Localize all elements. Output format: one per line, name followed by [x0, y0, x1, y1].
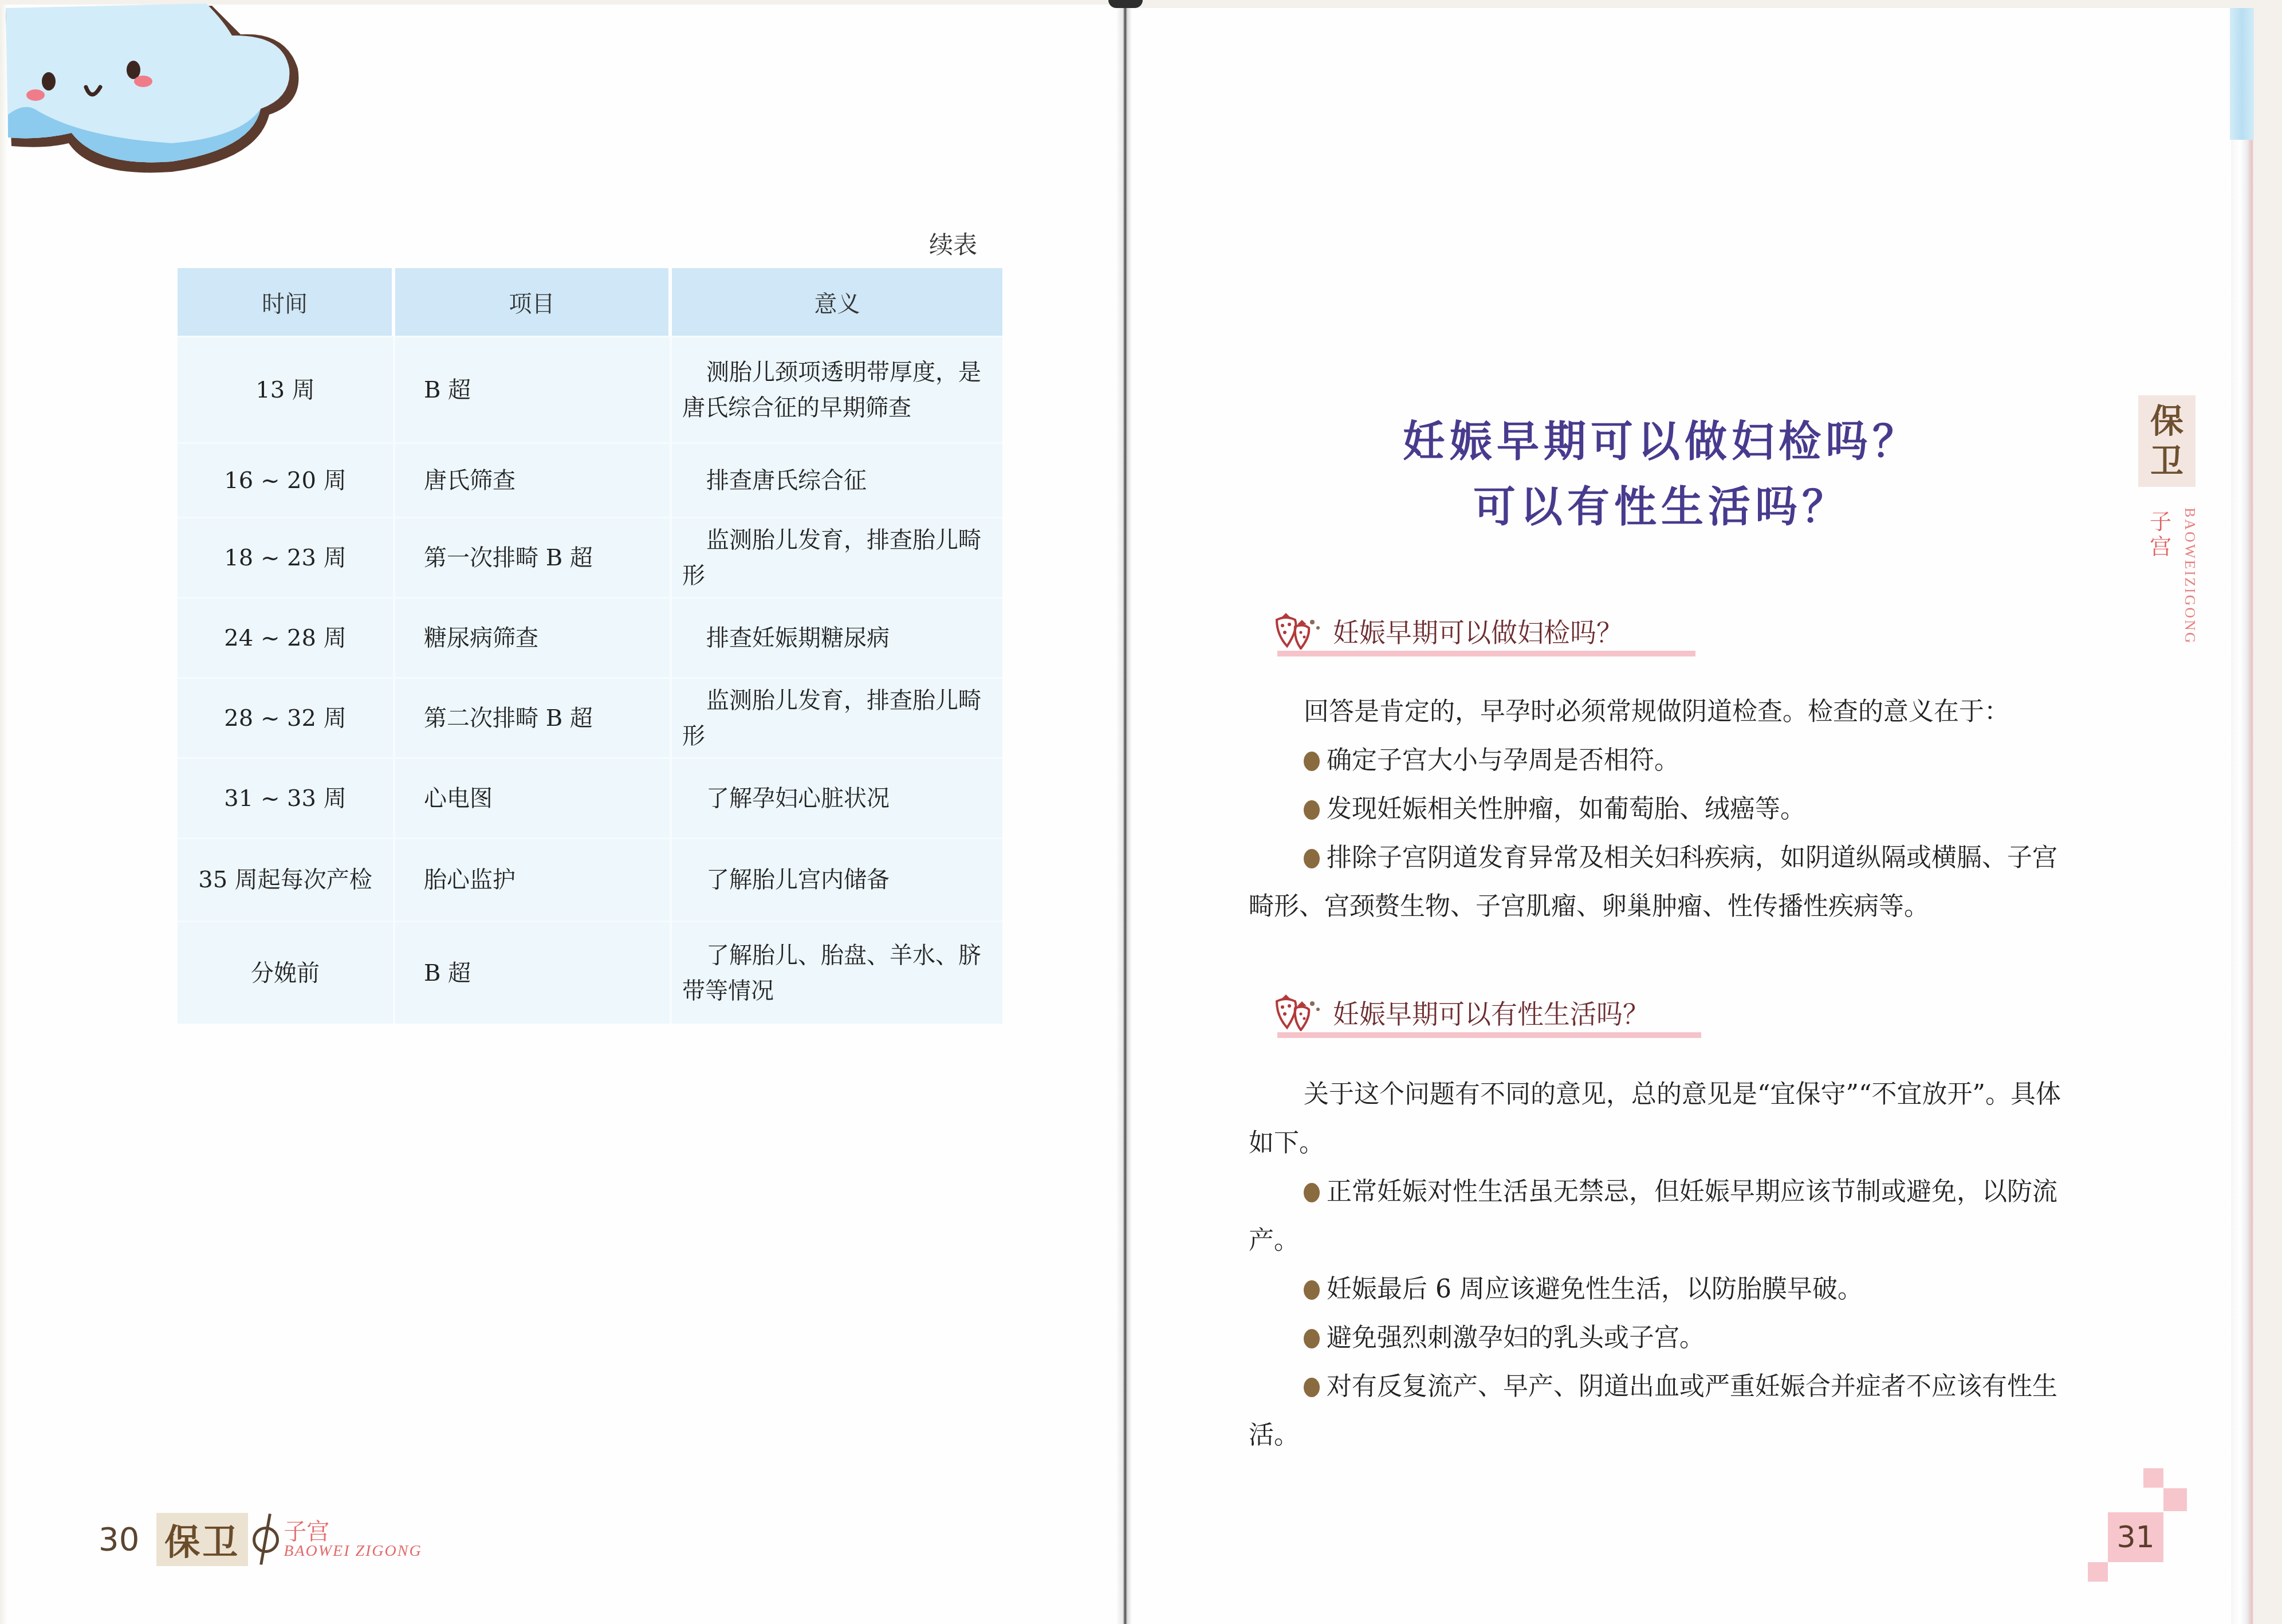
- cell-item: 胎心监护: [395, 837, 672, 921]
- cell-time: 31 ~ 33 周: [178, 757, 395, 837]
- cell-meaning: 排查妊娠期糖尿病: [672, 597, 1002, 677]
- bullet-dot-icon: [1304, 1280, 1320, 1300]
- column-header-meaning: 意义: [672, 268, 1002, 336]
- strawberry-icon: [1274, 612, 1326, 650]
- pixel-decoration: [2163, 1488, 2187, 1511]
- right-page-edge: [2231, 8, 2254, 1624]
- cell-time: 28 ~ 32 周: [178, 677, 395, 757]
- section2-body: 关于这个问题有不同的意见，总的意见是“宜保守”“不宜放开”。具体如下。 正常妊娠…: [1249, 1070, 2079, 1460]
- cloud-mascot-icon: [0, 0, 321, 183]
- logo-ring-icon: [253, 1527, 279, 1553]
- page-title-line2: 可以有性生活吗？: [1283, 473, 2039, 534]
- cell-item: 糖尿病筛查: [395, 597, 672, 677]
- cell-item: 第一次排畸 B 超: [395, 517, 672, 597]
- bullet-dot-icon: [1304, 1378, 1320, 1397]
- section1-body: 回答是肯定的，早孕时必须常规做阴道检查。检查的意义在于： 确定子宫大小与孕周是否…: [1249, 687, 2079, 931]
- cell-meaning: 排查唐氏综合征: [672, 442, 1002, 517]
- bullet-text: 妊娠最后 6 周应该避免性生活，以防胎膜早破。: [1327, 1275, 1863, 1304]
- bullet-text: 发现妊娠相关性肿瘤，如葡萄胎、绒癌等。: [1327, 795, 1805, 824]
- cell-item: B 超: [395, 921, 672, 1024]
- book-logo-subtitle: 子宫 BAOWEI ZIGONG: [284, 1520, 422, 1559]
- table-row: 13 周 B 超 测胎儿颈项透明带厚度，是唐氏综合征的早期筛查: [178, 336, 1002, 442]
- bullet-text: 排除子宫阴道发育异常及相关妇科疾病，如阴道纵隔或横膈、子宫畸形、宫颈赘生物、子宫…: [1249, 843, 2057, 921]
- cell-time: 分娩前: [178, 921, 395, 1024]
- cell-time: 35 周起每次产检: [178, 837, 395, 921]
- section1-heading: 妊娠早期可以做妇检吗？: [1274, 612, 1623, 650]
- table-row: 分娩前 B 超 了解胎儿、胎盘、羊水、脐带等情况: [178, 921, 1002, 1024]
- side-tab-zh: 子宫: [2150, 509, 2173, 559]
- section2-underline: [1277, 1032, 1701, 1038]
- section1-heading-text: 妊娠早期可以做妇检吗？: [1333, 612, 1623, 650]
- bullet-text: 确定子宫大小与孕周是否相符。: [1327, 746, 1679, 775]
- table-row: 24 ~ 28 周 糖尿病筛查 排查妊娠期糖尿病: [178, 597, 1002, 677]
- side-tab-char: 保: [2150, 401, 2183, 441]
- page-number-left: 30: [99, 1521, 139, 1558]
- bullet-text: 正常妊娠对性生活虽无禁忌，但妊娠早期应该节制或避免，以防流产。: [1249, 1177, 2057, 1255]
- column-header-item: 项目: [395, 268, 672, 336]
- cell-time: 18 ~ 23 周: [178, 517, 395, 597]
- cell-meaning: 测胎儿颈项透明带厚度，是唐氏综合征的早期筛查: [672, 336, 1002, 442]
- cell-meaning: 监测胎儿发育，排查胎儿畸形: [672, 677, 1002, 757]
- table-row: 35 周起每次产检 胎心监护 了解胎儿宫内储备: [178, 837, 1002, 921]
- cell-time: 13 周: [178, 336, 395, 442]
- cell-meaning: 了解孕妇心脏状况: [672, 757, 1002, 837]
- section2-heading-text: 妊娠早期可以有性生活吗？: [1333, 993, 1649, 1031]
- list-item: 对有反复流产、早产、阴道出血或严重妊娠合并症者不应该有性生活。: [1249, 1362, 2079, 1460]
- left-page-footer: 30 保卫 子宫 BAOWEI ZIGONG: [99, 1512, 422, 1567]
- left-page-edge: [0, 5, 8, 1624]
- section1-intro: 回答是肯定的，早孕时必须常规做阴道检查。检查的意义在于：: [1249, 687, 2079, 736]
- page-number-right: 31: [2108, 1512, 2163, 1562]
- section2-heading: 妊娠早期可以有性生活吗？: [1274, 993, 1649, 1031]
- bullet-dot-icon: [1304, 849, 1320, 868]
- section1-underline: [1277, 651, 1695, 656]
- bullet-dot-icon: [1304, 800, 1320, 820]
- column-header-time: 时间: [178, 268, 395, 336]
- strawberry-icon: [1274, 993, 1326, 1031]
- prenatal-schedule-table: 时间 项目 意义 13 周 B 超 测胎儿颈项透明带厚度，是唐氏综合征的早期筛查…: [178, 268, 1002, 1024]
- bullet-dot-icon: [1304, 1183, 1320, 1202]
- list-item: 妊娠最后 6 周应该避免性生活，以防胎膜早破。: [1249, 1265, 2079, 1314]
- book-gutter: [1117, 0, 1132, 1624]
- logo-zh-text: 子宫: [284, 1520, 422, 1543]
- list-item: 正常妊娠对性生活虽无禁忌，但妊娠早期应该节制或避免，以防流产。: [1249, 1167, 2079, 1265]
- side-tab-char: 卫: [2150, 441, 2183, 481]
- bullet-dot-icon: [1304, 1329, 1320, 1348]
- side-tab-box: 保 卫: [2138, 395, 2196, 487]
- section2-intro: 关于这个问题有不同的意见，总的意见是“宜保守”“不宜放开”。具体如下。: [1249, 1070, 2079, 1167]
- cell-item: 第二次排畸 B 超: [395, 677, 672, 757]
- cell-item: B 超: [395, 336, 672, 442]
- cell-time: 24 ~ 28 周: [178, 597, 395, 677]
- chapter-side-tab: 保 卫: [2138, 395, 2236, 487]
- bullet-dot-icon: [1304, 752, 1320, 771]
- table-row: 18 ~ 23 周 第一次排畸 B 超 监测胎儿发育，排查胎儿畸形: [178, 517, 1002, 597]
- table-row: 31 ~ 33 周 心电图 了解孕妇心脏状况: [178, 757, 1002, 837]
- logo-en-text: BAOWEI ZIGONG: [284, 1543, 422, 1559]
- right-page-edge-tint: [2230, 8, 2254, 140]
- table-row: 28 ~ 32 周 第二次排畸 B 超 监测胎儿发育，排查胎儿畸形: [178, 677, 1002, 757]
- list-item: 确定子宫大小与孕周是否相符。: [1249, 736, 2079, 785]
- pixel-decoration: [2143, 1468, 2163, 1488]
- side-tab-en: BAOWEIZIGONG: [2181, 508, 2198, 645]
- page-title-line1: 妊娠早期可以做妇检吗？: [1283, 408, 2039, 469]
- bullet-text: 避免强烈刺激孕妇的乳头或子宫。: [1327, 1323, 1705, 1352]
- cell-item: 唐氏筛查: [395, 442, 672, 517]
- cell-meaning: 了解胎儿宫内储备: [672, 837, 1002, 921]
- continued-table-label: 续表: [929, 226, 977, 261]
- list-item: 避免强烈刺激孕妇的乳头或子宫。: [1249, 1314, 2079, 1362]
- table-header-row: 时间 项目 意义: [178, 268, 1002, 336]
- list-item: 排除子宫阴道发育异常及相关妇科疾病，如阴道纵隔或横膈、子宫畸形、宫颈赘生物、子宫…: [1249, 833, 2079, 931]
- table-row: 16 ~ 20 周 唐氏筛查 排查唐氏综合征: [178, 442, 1002, 517]
- cell-item: 心电图: [395, 757, 672, 837]
- pixel-decoration: [2088, 1562, 2108, 1582]
- spine-top: [1108, 0, 1143, 8]
- cell-meaning: 监测胎儿发育，排查胎儿畸形: [672, 517, 1002, 597]
- cell-time: 16 ~ 20 周: [178, 442, 395, 517]
- list-item: 发现妊娠相关性肿瘤，如葡萄胎、绒癌等。: [1249, 785, 2079, 833]
- book-logo-main: 保卫: [156, 1513, 248, 1566]
- bullet-text: 对有反复流产、早产、阴道出血或严重妊娠合并症者不应该有性生活。: [1249, 1372, 2057, 1450]
- cell-meaning: 了解胎儿、胎盘、羊水、脐带等情况: [672, 921, 1002, 1024]
